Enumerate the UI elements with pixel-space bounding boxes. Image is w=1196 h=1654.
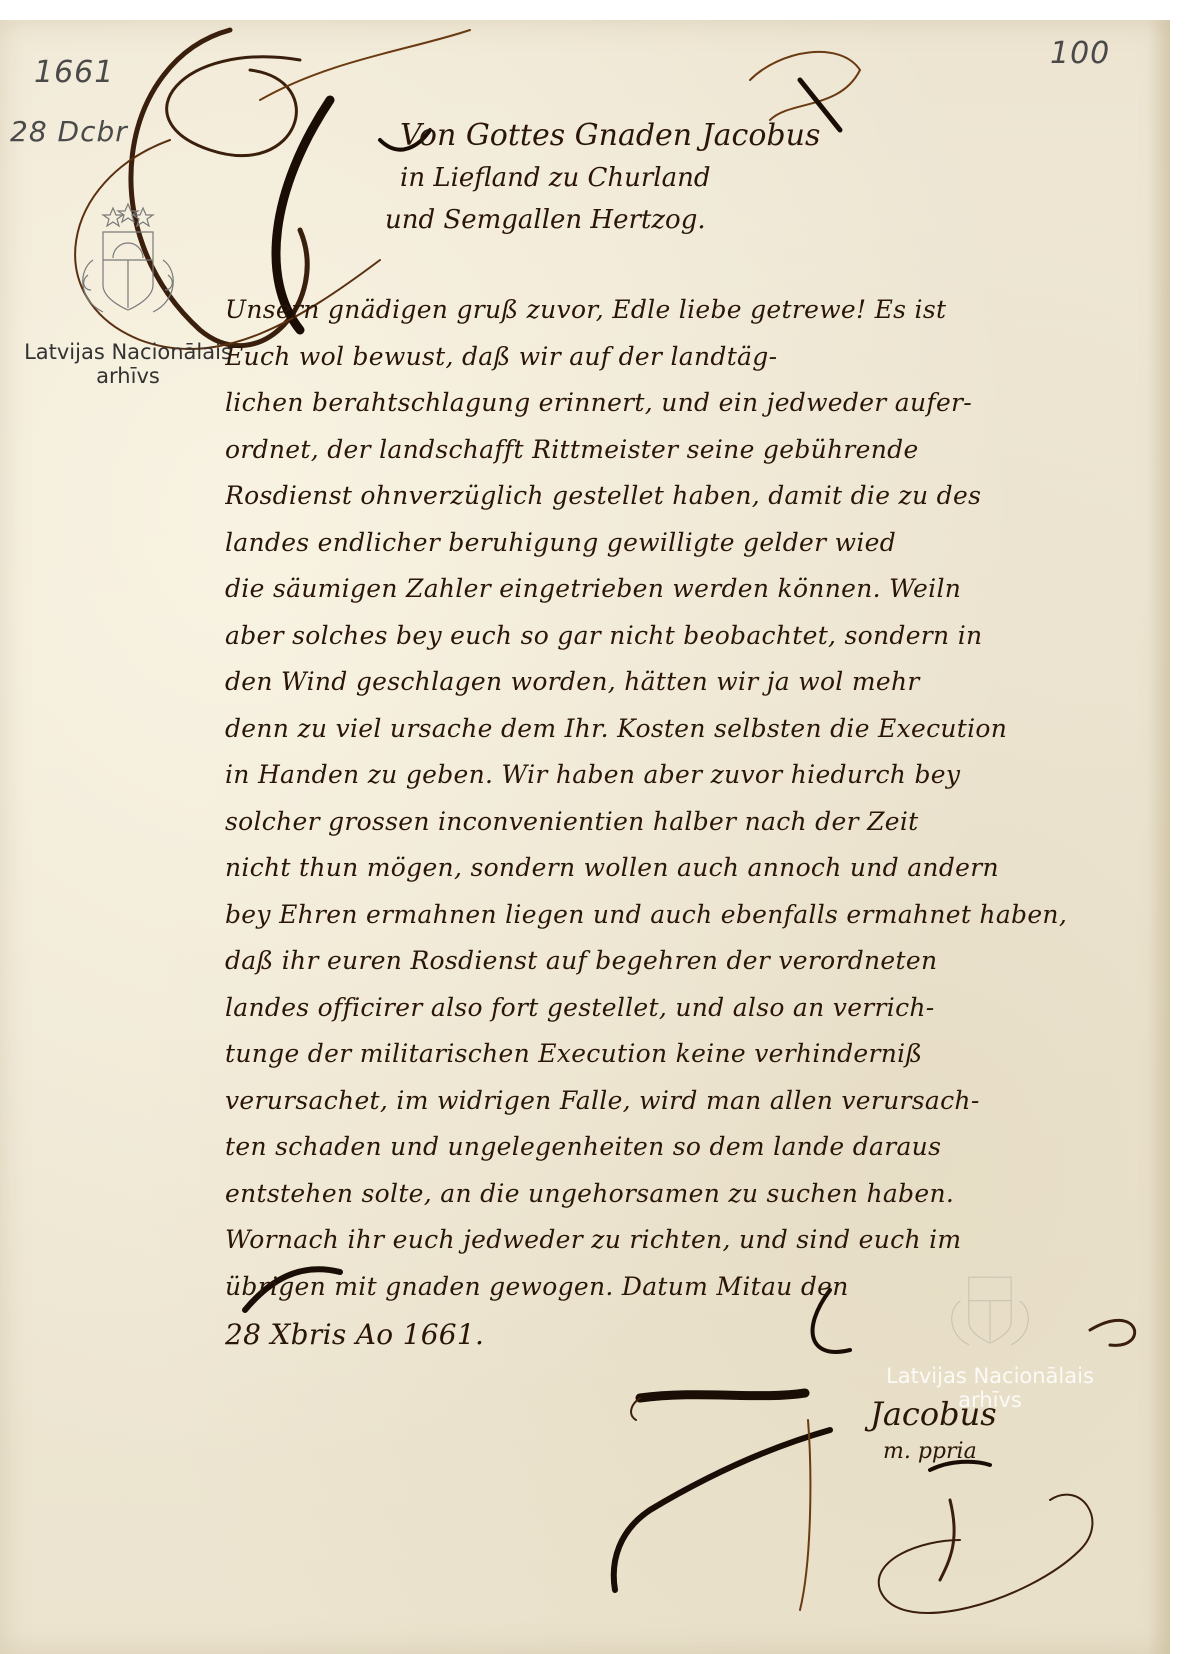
pencil-date-annotation: 28 Dcbr bbox=[10, 115, 128, 148]
text-line: solcher grossen inconvenientien halber n… bbox=[225, 799, 1155, 846]
letter-heading-line: und Semgallen Hertzog. bbox=[385, 199, 1155, 241]
text-line: ordnet, der landschafft Rittmeister sein… bbox=[225, 427, 1155, 474]
text-line: entstehen solte, an die ungehorsamen zu … bbox=[225, 1171, 1155, 1218]
latvian-coat-of-arms-icon bbox=[63, 200, 193, 330]
latvian-coat-of-arms-icon bbox=[935, 1250, 1045, 1360]
text-line: aber solches bey euch so gar nicht beoba… bbox=[225, 613, 1155, 660]
archive-watermark-faint: Latvijas Nacionālais arhīvs bbox=[880, 1250, 1100, 1412]
text-line: bey Ehren ermahnen liegen und auch ebenf… bbox=[225, 892, 1155, 939]
letter-heading-line: Von Gottes Gnaden Jacobus bbox=[400, 115, 1155, 157]
text-line: landes officirer also fort gestellet, un… bbox=[225, 985, 1155, 1032]
pencil-year-annotation: 1661 bbox=[34, 55, 114, 90]
archive-watermark: Latvijas Nacionālais arhīvs bbox=[18, 200, 238, 388]
letter-heading-line: in Liefland zu Churland bbox=[400, 157, 1155, 199]
text-line: Rosdienst ohnverzüglich gestellet haben,… bbox=[225, 473, 1155, 520]
text-line: daß ihr euren Rosdienst auf begehren der… bbox=[225, 938, 1155, 985]
signature-subscript: m. ppria bbox=[883, 1439, 977, 1464]
text-line: die säumigen Zahler eingetrieben werden … bbox=[225, 566, 1155, 613]
text-line: in Handen zu geben. Wir haben aber zuvor… bbox=[225, 752, 1155, 799]
folio-number: 100 bbox=[1050, 36, 1110, 71]
text-line: ten schaden und ungelegenheiten so dem l… bbox=[225, 1124, 1155, 1171]
text-line: tunge der militarischen Execution keine … bbox=[225, 1031, 1155, 1078]
text-line: Unsern gnädigen gruß zuvor, Edle liebe g… bbox=[225, 287, 1155, 334]
watermark-line-1: Latvijas Nacionālais bbox=[18, 340, 238, 364]
watermark-line-2: arhīvs bbox=[18, 364, 238, 388]
text-line: nicht thun mögen, sondern wollen auch an… bbox=[225, 845, 1155, 892]
text-line: lichen berahtschlagung erinnert, und ein… bbox=[225, 380, 1155, 427]
letter-body: Von Gottes Gnaden Jacobus in Liefland zu… bbox=[225, 115, 1155, 1360]
text-line: Euch wol bewust, daß wir auf der landtäg… bbox=[225, 334, 1155, 381]
text-line: verursachet, im widrigen Falle, wird man… bbox=[225, 1078, 1155, 1125]
letter-text-block: Unsern gnädigen gruß zuvor, Edle liebe g… bbox=[225, 287, 1155, 1360]
signature-name: Jacobus bbox=[870, 1395, 997, 1433]
text-line: denn zu viel ursache dem Ihr. Kosten sel… bbox=[225, 706, 1155, 753]
text-line: landes endlicher beruhigung gewilligte g… bbox=[225, 520, 1155, 567]
text-line: den Wind geschlagen worden, hätten wir j… bbox=[225, 659, 1155, 706]
watermark-line-1: Latvijas Nacionālais bbox=[880, 1364, 1100, 1388]
